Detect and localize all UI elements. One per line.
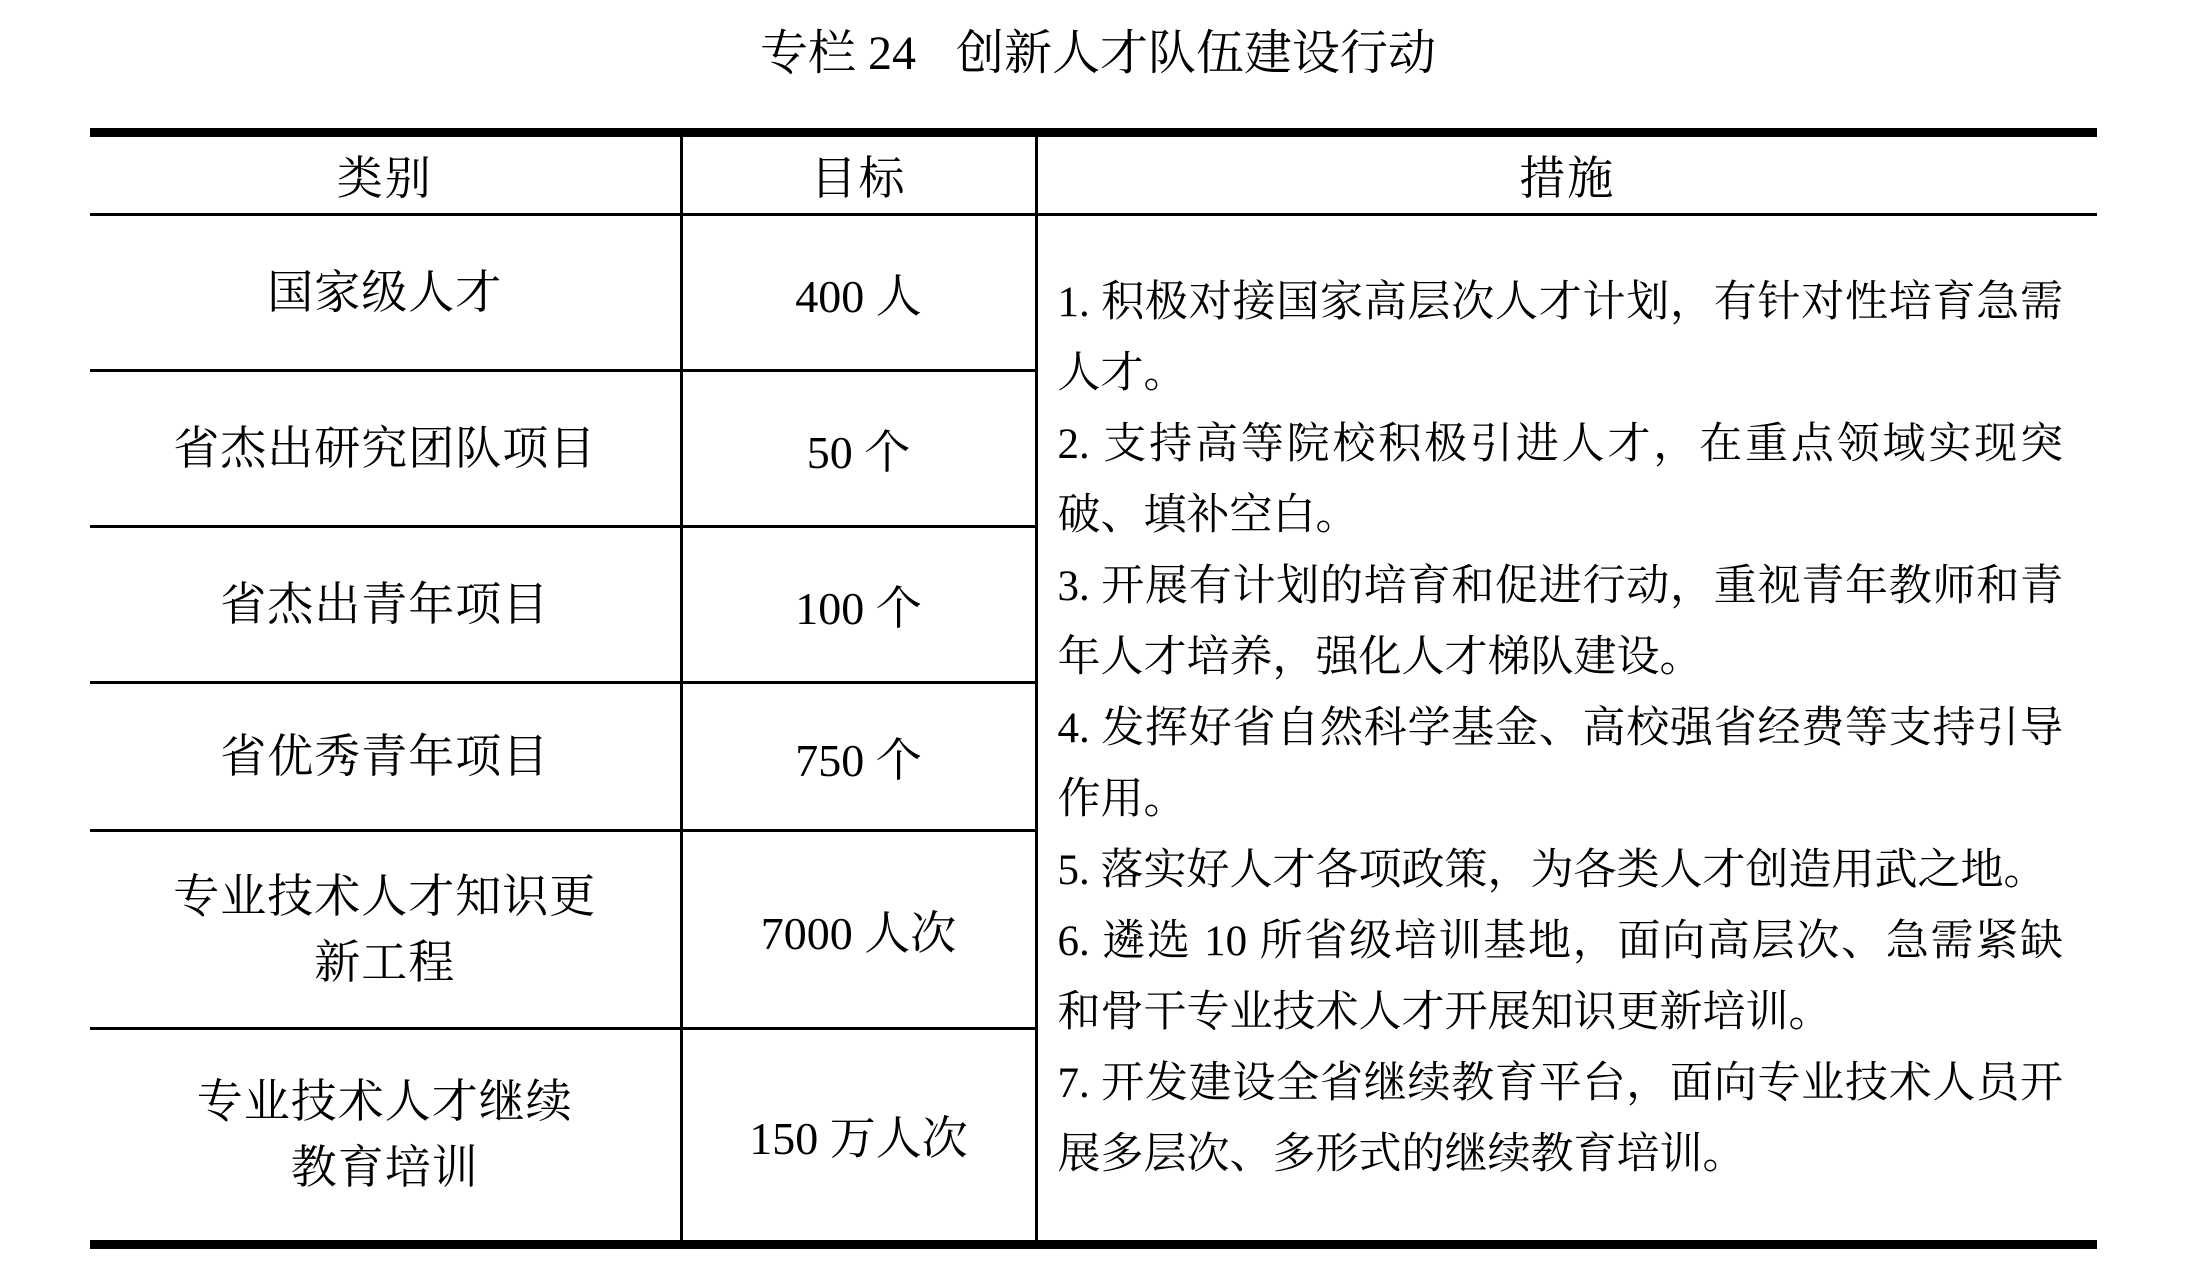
category-line: 国家级人才 [90, 260, 680, 326]
category-line: 省杰出青年项目 [90, 572, 680, 638]
header-row: 类别 目标 措施 [90, 133, 2097, 215]
category-cell: 国家级人才 [90, 215, 681, 371]
target-cell: 750 个 [681, 683, 1036, 831]
table-title-label: 专栏 24 [760, 27, 916, 80]
measure-item: 3. 开展有计划的培育和促进行动，重视青年教师和青年人才培养，强化人才梯队建设。 [1058, 551, 2064, 693]
target-cell: 150 万人次 [681, 1029, 1036, 1245]
col-header-category: 类别 [90, 133, 681, 215]
category-cell: 专业技术人才继续教育培训 [90, 1029, 681, 1245]
category-cell: 省杰出研究团队项目 [90, 371, 681, 527]
category-line: 省优秀青年项目 [90, 724, 680, 790]
category-line: 教育培训 [90, 1135, 680, 1201]
measure-item: 2. 支持高等院校积极引进人才，在重点领域实现突破、填补空白。 [1058, 409, 2064, 551]
category-line: 省杰出研究团队项目 [90, 416, 680, 482]
table-row: 国家级人才400 人1. 积极对接国家高层次人才计划，有针对性培育急需人才。2.… [90, 215, 2097, 371]
table-title: 专栏 24创新人才队伍建设行动 [0, 24, 2196, 84]
target-cell: 100 个 [681, 527, 1036, 683]
target-cell: 7000 人次 [681, 831, 1036, 1029]
col-header-target: 目标 [681, 133, 1036, 215]
measure-item: 1. 积极对接国家高层次人才计划，有针对性培育急需人才。 [1058, 267, 2064, 409]
category-line: 专业技术人才继续 [90, 1069, 680, 1135]
talent-action-table: 类别 目标 措施 国家级人才400 人1. 积极对接国家高层次人才计划，有针对性… [90, 128, 2097, 1249]
measure-item: 5. 落实好人才各项政策，为各类人才创造用武之地。 [1058, 835, 2064, 906]
table-title-text: 创新人才队伍建设行动 [956, 27, 1436, 80]
category-cell: 专业技术人才知识更新工程 [90, 831, 681, 1029]
col-header-measures: 措施 [1036, 133, 2097, 215]
category-line: 专业技术人才知识更 [90, 864, 680, 930]
document-page: 专栏 24创新人才队伍建设行动 类别 目标 措施 国家级人才400 人1. 积极… [0, 0, 2196, 1277]
measure-item: 7. 开发建设全省继续教育平台，面向专业技术人员开展多层次、多形式的继续教育培训… [1058, 1048, 2064, 1190]
target-cell: 50 个 [681, 371, 1036, 527]
target-cell: 400 人 [681, 215, 1036, 371]
category-cell: 省杰出青年项目 [90, 527, 681, 683]
measure-item: 4. 发挥好省自然科学基金、高校强省经费等支持引导作用。 [1058, 693, 2064, 835]
measures-cell: 1. 积极对接国家高层次人才计划，有针对性培育急需人才。2. 支持高等院校积极引… [1036, 215, 2097, 1245]
measure-item: 6. 遴选 10 所省级培训基地，面向高层次、急需紧缺和骨干专业技术人才开展知识… [1058, 906, 2064, 1048]
category-line: 新工程 [90, 930, 680, 996]
category-cell: 省优秀青年项目 [90, 683, 681, 831]
